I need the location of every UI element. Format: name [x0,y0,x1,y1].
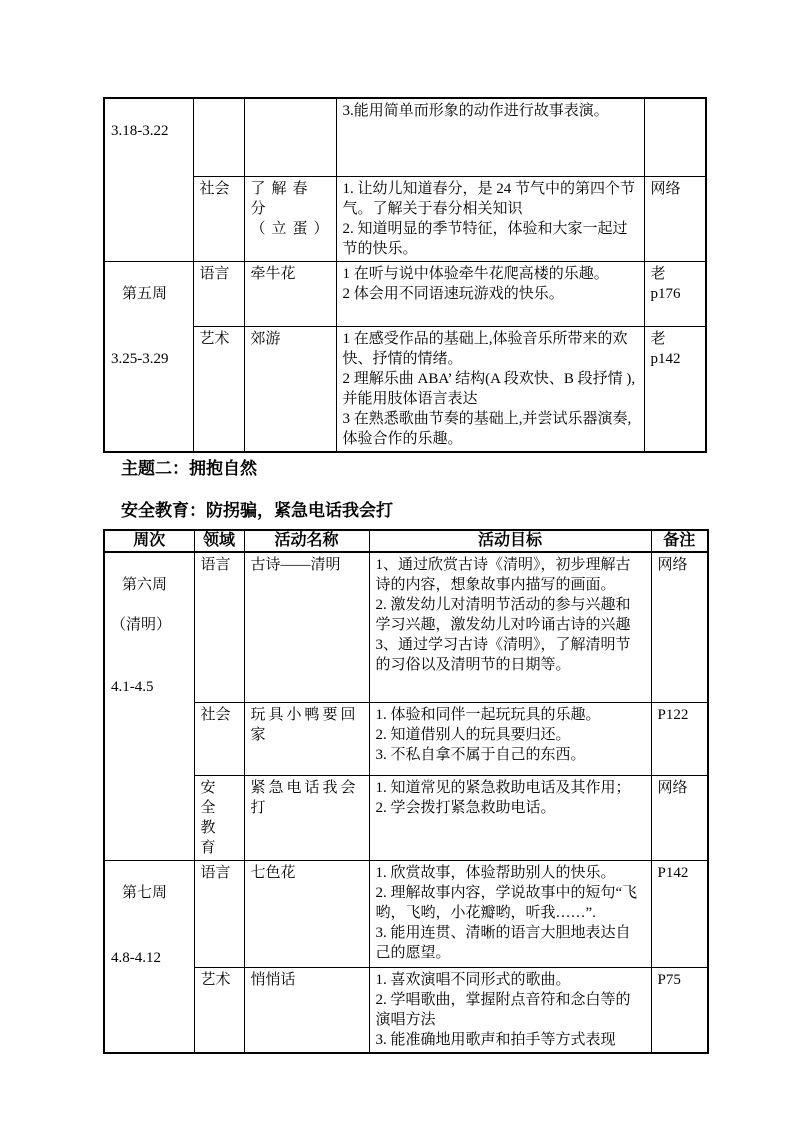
activity-cell: 玩具小鸭要回家 [244,702,369,775]
document-page: 3.18-3.22 3.能用简单而形象的动作进行故事表演。 社会 了解春分 （立… [0,0,793,1122]
table-row: 第六周 （清明） 4.1-4.5 语言 古诗——清明 1、通过欣赏古诗《清明》，… [104,552,708,702]
week-cell: 3.18-3.22 [104,98,193,261]
note-cell: 网络 [651,552,708,702]
goals-cell: 1. 体验和同伴一起玩玩具的乐趣。 2. 知道借别人的玩具要归还。 3. 不私自… [369,702,651,775]
note-cell: 网络 [644,176,706,261]
week-name: 第五周 [111,284,187,304]
goals-cell: 1、通过欣赏古诗《清明》，初步理解古诗的内容，想象故事内描写的画面。 2. 激发… [369,552,651,702]
week-cell: 第七周 4.8-4.12 [104,860,194,1053]
week-cell: 第五周 3.25-3.29 [104,261,193,452]
week-range: 3.25-3.29 [111,349,187,369]
table-header-row: 周次 领域 活动名称 活动目标 备注 [104,530,708,552]
activity-cell: 七色花 [244,860,369,967]
goals-cell: 1. 欣赏故事，体验帮助别人的快乐。 2. 理解故事内容，学说故事中的短句“飞哟… [369,860,651,967]
domain-cell: 艺术 [194,967,244,1053]
domain-cell: 安全教育 [194,775,244,860]
table-row: 社会 玩具小鸭要回家 1. 体验和同伴一起玩玩具的乐趣。 2. 知道借别人的玩具… [104,702,708,775]
activity-cell: 牵牛花 [244,261,336,326]
note-cell: 网络 [651,775,708,860]
table-row: 第七周 4.8-4.12 语言 七色花 1. 欣赏故事，体验帮助别人的快乐。 2… [104,860,708,967]
goals-cell: 1. 让幼儿知道春分，是 24 节气中的第四个节气。了解关于春分相关知识 2. … [336,176,644,261]
table-row: 艺术 悄悄话 1. 喜欢演唱不同形式的歌曲。 2. 学唱歌曲，掌握附点音符和念白… [104,967,708,1053]
table-row: 3.18-3.22 3.能用简单而形象的动作进行故事表演。 [104,98,706,176]
week-name: 第七周 [111,883,188,903]
week-subtitle: （清明） [111,615,188,635]
safety-education-heading: 安全教育：防拐骗，紧急电话我会打 [121,500,393,522]
domain-cell [193,98,244,176]
table-row: 社会 了解春分 （立蛋） 1. 让幼儿知道春分，是 24 节气中的第四个节气。了… [104,176,706,261]
week-range: 4.1-4.5 [111,677,188,697]
activity-cell [244,98,336,176]
week-range: 4.8-4.12 [111,948,188,968]
goals-cell: 1 在感受作品的基础上,体验音乐所带来的欢快、抒情的情绪。 2 理解乐曲 ABA… [336,326,644,452]
activity-cell: 紧急电话我会打 [244,775,369,860]
note-cell: P122 [651,702,708,775]
activity-cell: 古诗——清明 [244,552,369,702]
week-name: 第六周 [111,575,188,595]
week-range: 3.18-3.22 [111,121,187,141]
activity-cell: 悄悄话 [244,967,369,1053]
domain-cell: 社会 [193,176,244,261]
week-cell: 第六周 （清明） 4.1-4.5 [104,552,194,860]
domain-cell: 社会 [194,702,244,775]
curriculum-table-week6-7: 周次 领域 活动名称 活动目标 备注 第六周 （清明） 4.1-4.5 语言 古… [103,529,709,1054]
header-domain: 领域 [194,530,244,552]
header-week: 周次 [104,530,194,552]
domain-cell: 语言 [194,552,244,702]
domain-cell: 语言 [194,860,244,967]
table-row: 艺术 郊游 1 在感受作品的基础上,体验音乐所带来的欢快、抒情的情绪。 2 理解… [104,326,706,452]
note-cell: P75 [651,967,708,1053]
activity-cell: 郊游 [244,326,336,452]
table-row: 安全教育 紧急电话我会打 1. 知道常见的紧急救助电话及其作用； 2. 学会拨打… [104,775,708,860]
goals-cell: 1. 知道常见的紧急救助电话及其作用； 2. 学会拨打紧急救助电话。 [369,775,651,860]
table-row: 第五周 3.25-3.29 语言 牵牛花 1 在听与说中体验牵牛花爬高楼的乐趣。… [104,261,706,326]
note-cell: P142 [651,860,708,967]
goals-cell: 1 在听与说中体验牵牛花爬高楼的乐趣。 2 体会用不同语速玩游戏的快乐。 [336,261,644,326]
goals-cell: 1. 喜欢演唱不同形式的歌曲。 2. 学唱歌曲，掌握附点音符和念白等的演唱方法 … [369,967,651,1053]
domain-cell: 艺术 [193,326,244,452]
goals-cell: 3.能用简单而形象的动作进行故事表演。 [336,98,644,176]
header-note: 备注 [651,530,708,552]
header-goals: 活动目标 [369,530,651,552]
activity-cell: 了解春分 （立蛋） [244,176,336,261]
curriculum-table-week4-5: 3.18-3.22 3.能用简单而形象的动作进行故事表演。 社会 了解春分 （立… [103,97,707,453]
domain-cell: 语言 [193,261,244,326]
note-cell: 老 p176 [644,261,706,326]
theme-heading: 主题二：拥抱自然 [121,458,257,480]
note-cell [644,98,706,176]
header-activity: 活动名称 [244,530,369,552]
note-cell: 老 p142 [644,326,706,452]
